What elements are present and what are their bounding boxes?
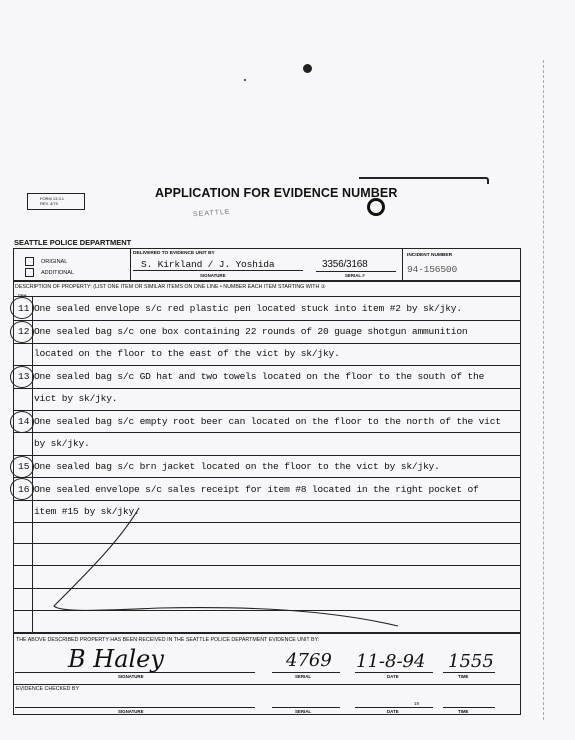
received-time[interactable]: 1555 (448, 651, 494, 672)
time-label: TIME (458, 674, 469, 679)
received-statement: THE ABOVE DESCRIBED PROPERTY HAS BEEN RE… (16, 637, 319, 643)
date-year-prefix: 19 (414, 701, 419, 706)
serial-underline (272, 672, 340, 673)
received-signature[interactable]: B Haley (68, 645, 164, 673)
signature-label[interactable]: SIGNATURE (118, 709, 144, 714)
serial-underline (272, 707, 340, 708)
date-label[interactable]: DATE (387, 709, 399, 714)
signature-underline (15, 672, 255, 673)
void-line-mark (0, 0, 575, 740)
serial-label: SERIAL (295, 674, 311, 679)
section-divider (13, 684, 521, 685)
time-underline (443, 707, 495, 708)
time-label[interactable]: TIME (458, 709, 469, 714)
received-date[interactable]: 11-8-94 (356, 651, 425, 672)
date-underline (355, 707, 433, 708)
received-serial[interactable]: 4769 (286, 650, 332, 671)
checked-statement: EVIDENCE CHECKED BY (16, 686, 79, 692)
date-underline (355, 672, 433, 673)
signature-underline (15, 707, 255, 708)
serial-label[interactable]: SERIAL (295, 709, 311, 714)
time-underline (443, 672, 495, 673)
date-label: DATE (387, 674, 399, 679)
signature-label: SIGNATURE (118, 674, 144, 679)
